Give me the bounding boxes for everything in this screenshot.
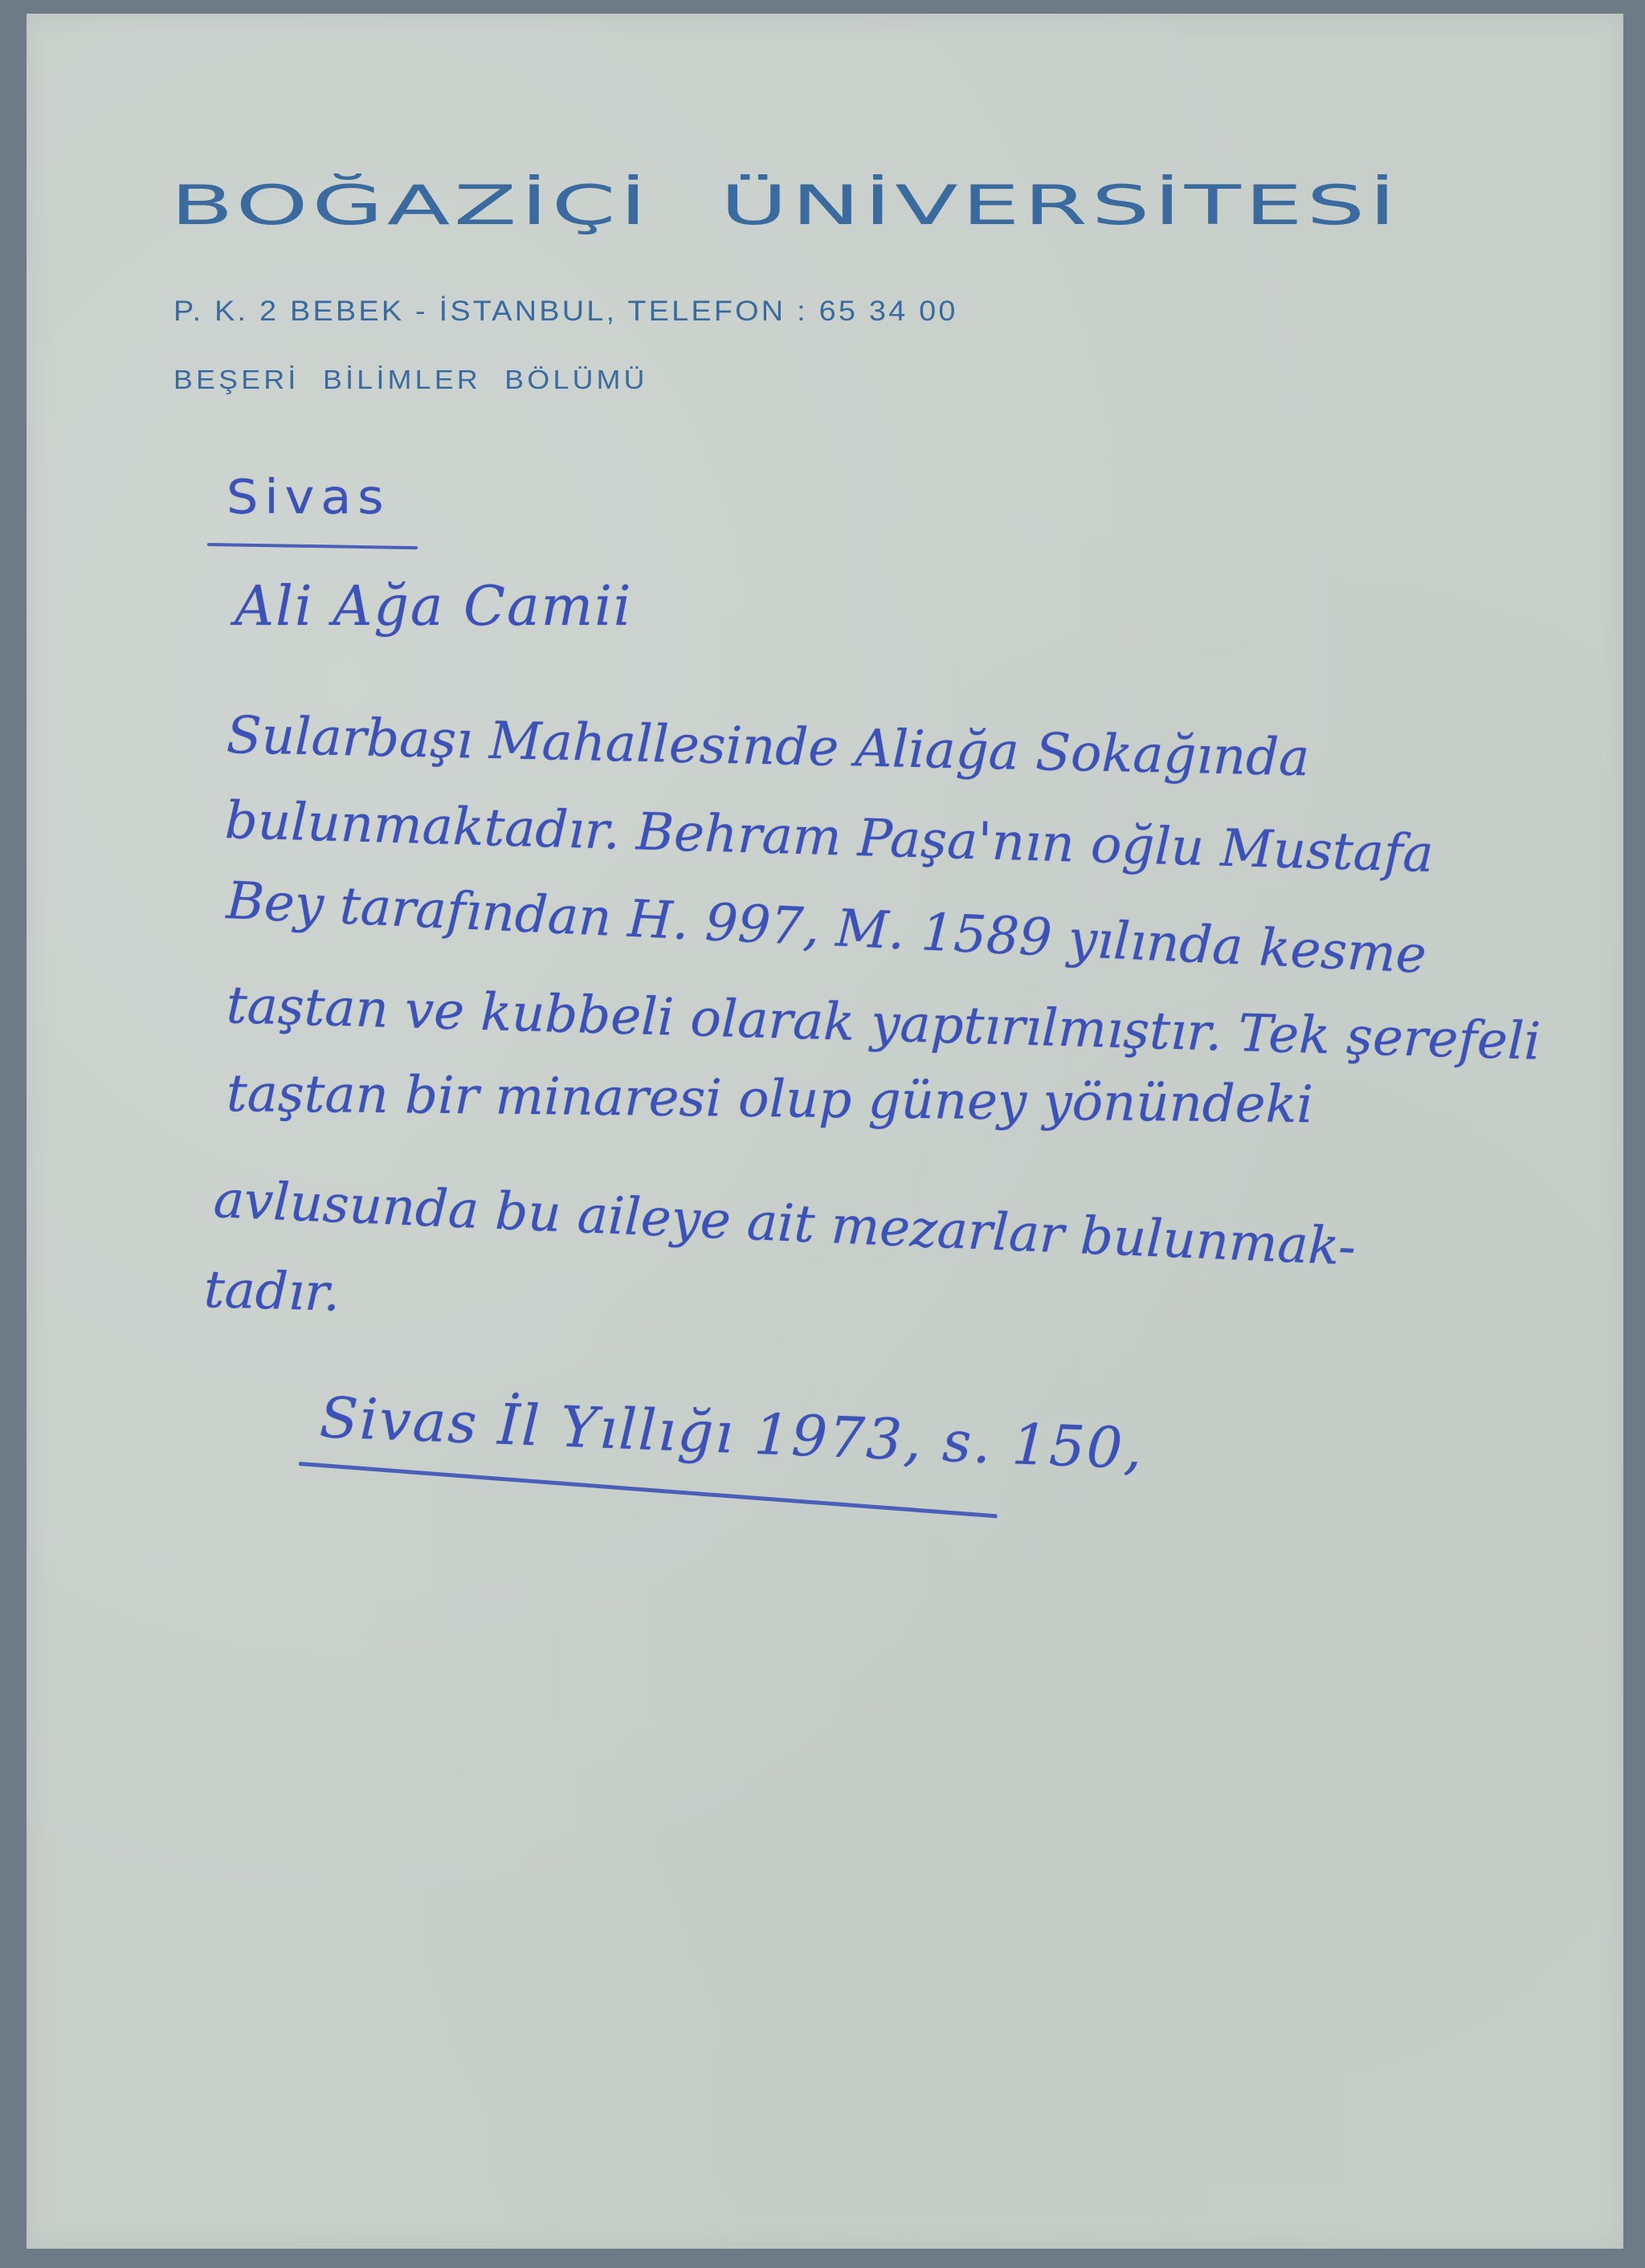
institution-name-word1: BOĞAZİÇİ (170, 173, 651, 237)
note-city-heading: Sivas (227, 474, 390, 521)
body-line: taştan bir minaresi olup güney yönündeki (227, 1068, 1314, 1131)
body-line: tadır. (203, 1264, 341, 1320)
department-name: BEŞERİ BİLİMLER BÖLÜMÜ (173, 366, 648, 393)
institution-address: P. K. 2 BEBEK - İSTANBUL, TELEFON : 65 3… (173, 297, 958, 325)
paper-sheet (27, 14, 1623, 2249)
citation-page: , s. 150, (902, 1407, 1145, 1482)
institution-name-word2: ÜNİVERSİTESİ (720, 173, 1400, 237)
note-title: Ali Ağa Camii (235, 580, 633, 634)
institution-name: BOĞAZİÇİÜNİVERSİTESİ (170, 178, 1399, 233)
